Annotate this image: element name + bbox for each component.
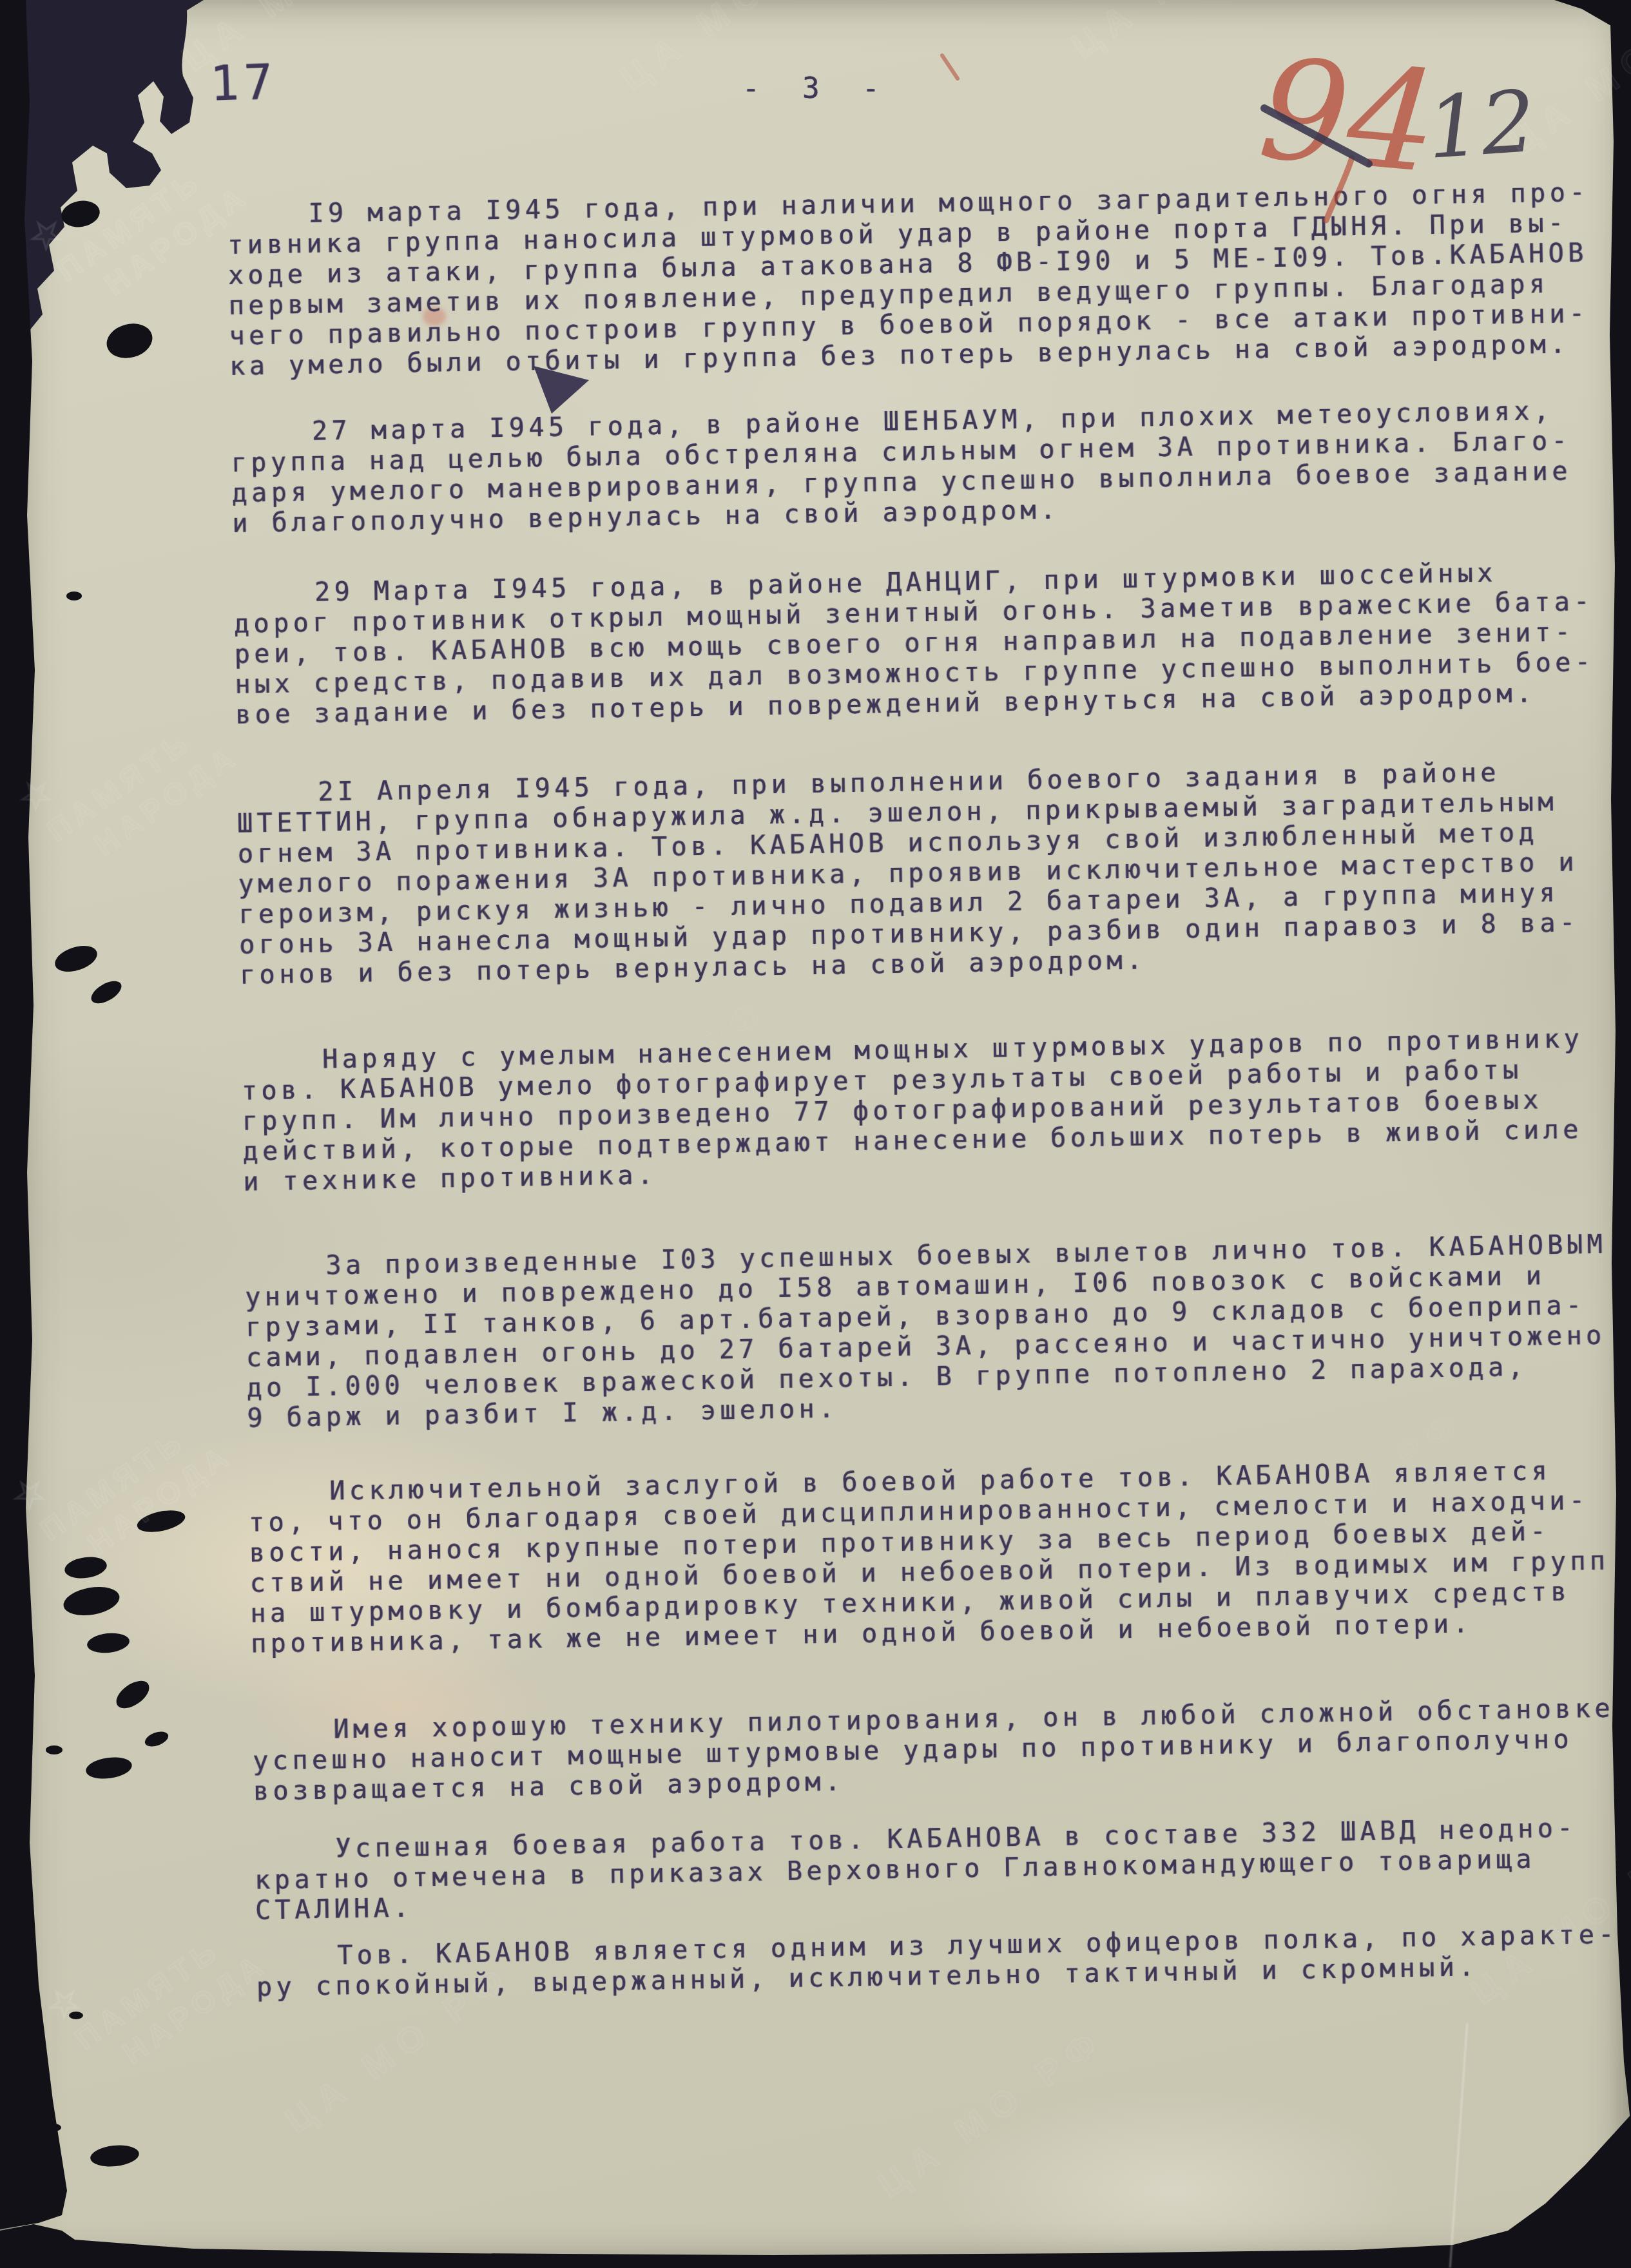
page-edge-bottom xyxy=(0,2115,1631,2268)
punch-hole xyxy=(61,1583,122,1620)
page-edge-left xyxy=(0,0,67,2229)
punch-holes xyxy=(46,198,187,2169)
punch-hole xyxy=(88,977,125,1008)
punch-hole xyxy=(46,1745,63,1754)
punch-hole xyxy=(86,1631,131,1655)
punch-hole xyxy=(102,319,156,363)
page-edge-right xyxy=(1610,0,1631,2126)
punch-hole xyxy=(135,1506,188,1535)
punch-hole xyxy=(66,591,82,601)
punch-hole xyxy=(143,1729,171,1749)
punch-hole xyxy=(84,1754,133,1782)
punch-hole xyxy=(111,1675,154,1713)
punch-hole xyxy=(90,2143,140,2169)
page-damage-layer xyxy=(0,0,1631,2268)
punch-hole xyxy=(52,941,101,976)
punch-hole xyxy=(69,2012,83,2019)
punch-hole xyxy=(63,1555,108,1581)
scanned-document-page: 17 - 3 - I9 марта I945 года, при наличии… xyxy=(0,0,1631,2268)
punch-hole xyxy=(47,2124,61,2131)
torn-corner xyxy=(0,0,204,343)
punch-hole xyxy=(59,198,102,230)
